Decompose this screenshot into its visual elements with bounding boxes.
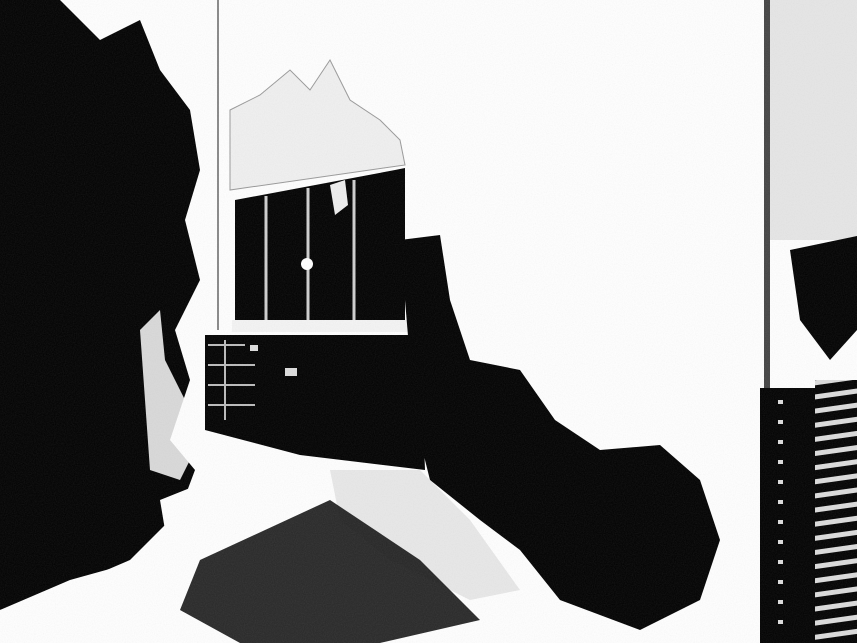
photo-scene: High-contrast black and white photograph…: [0, 0, 857, 643]
photo-illustration: [0, 0, 857, 643]
film-grain: [0, 0, 857, 643]
